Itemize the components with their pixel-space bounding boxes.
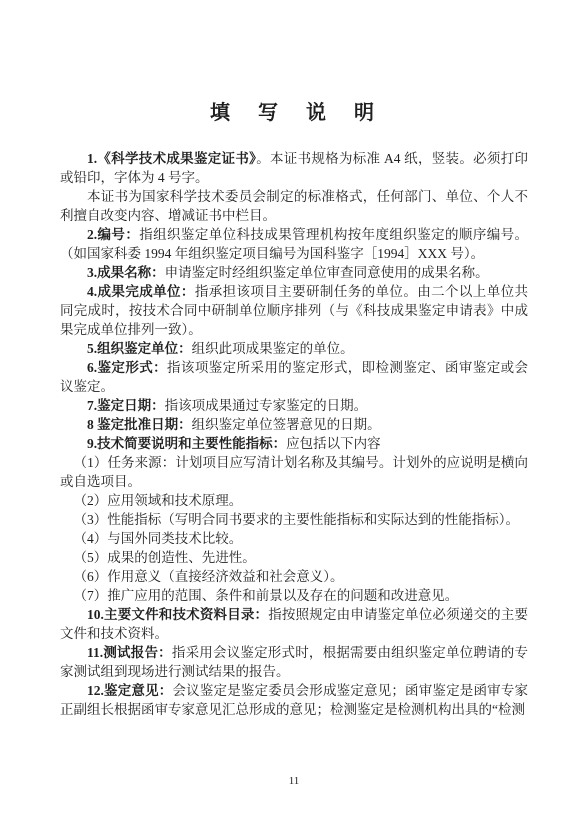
- paragraph-text: 应包括以下内容: [286, 436, 381, 451]
- paragraph-head: 11.测试报告：: [87, 645, 172, 660]
- paragraph-text: （7）推广应用的范围、条件和前景以及存在的问题和改进意见。: [74, 588, 459, 603]
- paragraph-head: 2.编号：: [87, 227, 139, 242]
- paragraph: 5.组织鉴定单位：组织此项成果鉴定的单位。: [60, 339, 528, 358]
- paragraph-head: 7.鉴定日期：: [87, 398, 165, 413]
- paragraph: （5）成果的创造性、先进性。: [60, 548, 528, 567]
- paragraph: 12.鉴定意见：会议鉴定是鉴定委员会形成鉴定意见；函审鉴定是函审专家正副组长根据…: [60, 681, 528, 719]
- paragraph: （3）性能指标（写明合同书要求的主要性能指标和实际达到的性能指标）。: [60, 510, 528, 529]
- paragraph-text: （6）作用意义（直接经济效益和社会意义）。: [74, 569, 344, 584]
- document-page: 填 写 说 明 1.《科学技术成果鉴定证书》。本证书规格为标准 A4 纸，竖装。…: [0, 0, 588, 831]
- paragraph: （1）任务来源：计划项目应写清计划名称及其编号。计划外的应说明是横向或自选项目。: [60, 453, 528, 491]
- paragraph-text: （1）任务来源：计划项目应写清计划名称及其编号。计划外的应说明是横向或自选项目。: [60, 455, 528, 489]
- paragraph-head: 5.组织鉴定单位：: [87, 341, 192, 356]
- paragraph-head: 12.鉴定意见：: [87, 683, 172, 698]
- paragraph: （2）应用领域和技术原理。: [60, 491, 528, 510]
- paragraph-head: 10.主要文件和技术资料目录：: [87, 607, 268, 622]
- paragraph-head: 3.成果名称：: [87, 265, 165, 280]
- paragraph: （6）作用意义（直接经济效益和社会意义）。: [60, 567, 528, 586]
- paragraph: （4）与国外同类技术比较。: [60, 529, 528, 548]
- paragraph: 8 鉴定批准日期：组织鉴定单位签署意见的日期。: [60, 415, 528, 434]
- paragraph-text: （5）成果的创造性、先进性。: [74, 550, 256, 565]
- paragraph-text: （2）应用领域和技术原理。: [74, 493, 243, 508]
- paragraph: 7.鉴定日期：指该项成果通过专家鉴定的日期。: [60, 396, 528, 415]
- paragraph: 本证书为国家科学技术委员会制定的标准格式，任何部门、单位、个人不利擅自改变内容、…: [60, 187, 528, 225]
- paragraph-text: （4）与国外同类技术比较。: [74, 531, 243, 546]
- paragraph-text: 组织鉴定单位签署意见的日期。: [192, 417, 381, 432]
- document-body: 1.《科学技术成果鉴定证书》。本证书规格为标准 A4 纸，竖装。必须打印或铅印，…: [60, 149, 528, 719]
- paragraph: 10.主要文件和技术资料目录：指按照规定由申请鉴定单位必须递交的主要文件和技术资…: [60, 605, 528, 643]
- paragraph: 11.测试报告：指采用会议鉴定形式时，根据需要由组织鉴定单位聘请的专家测试组到现…: [60, 643, 528, 681]
- page-title: 填 写 说 明: [60, 103, 528, 123]
- paragraph-head: 6.鉴定形式：: [87, 360, 167, 375]
- paragraph-text: 申请鉴定时经组织鉴定单位审查同意使用的成果名称。: [165, 265, 489, 280]
- paragraph: 1.《科学技术成果鉴定证书》。本证书规格为标准 A4 纸，竖装。必须打印或铅印，…: [60, 149, 528, 187]
- paragraph-text: 本证书为国家科学技术委员会制定的标准格式，任何部门、单位、个人不利擅自改变内容、…: [60, 189, 528, 223]
- paragraph-head: 1.《科学技术成果鉴定证书》: [87, 151, 256, 166]
- paragraph-text: （3）性能指标（写明合同书要求的主要性能指标和实际达到的性能指标）。: [74, 512, 520, 527]
- page-number: 11: [0, 776, 588, 787]
- paragraph: 3.成果名称：申请鉴定时经组织鉴定单位审查同意使用的成果名称。: [60, 263, 528, 282]
- paragraph: 9.技术简要说明和主要性能指标：应包括以下内容: [60, 434, 528, 453]
- paragraph-head: 4.成果完成单位：: [87, 284, 195, 299]
- paragraph-text: 组织此项成果鉴定的单位。: [192, 341, 354, 356]
- paragraph: 2.编号：指组织鉴定单位科技成果管理机构按年度组织鉴定的顺序编号。（如国家科委 …: [60, 225, 528, 263]
- paragraph: 4.成果完成单位：指承担该项目主要研制任务的单位。由二个以上单位共同完成时，按技…: [60, 282, 528, 339]
- paragraph: 6.鉴定形式：指该项鉴定所采用的鉴定形式，即检测鉴定、函审鉴定或会议鉴定。: [60, 358, 528, 396]
- paragraph-text: 指该项成果通过专家鉴定的日期。: [165, 398, 368, 413]
- paragraph-head: 8 鉴定批准日期：: [87, 417, 192, 432]
- paragraph: （7）推广应用的范围、条件和前景以及存在的问题和改进意见。: [60, 586, 528, 605]
- paragraph-head: 9.技术简要说明和主要性能指标：: [87, 436, 286, 451]
